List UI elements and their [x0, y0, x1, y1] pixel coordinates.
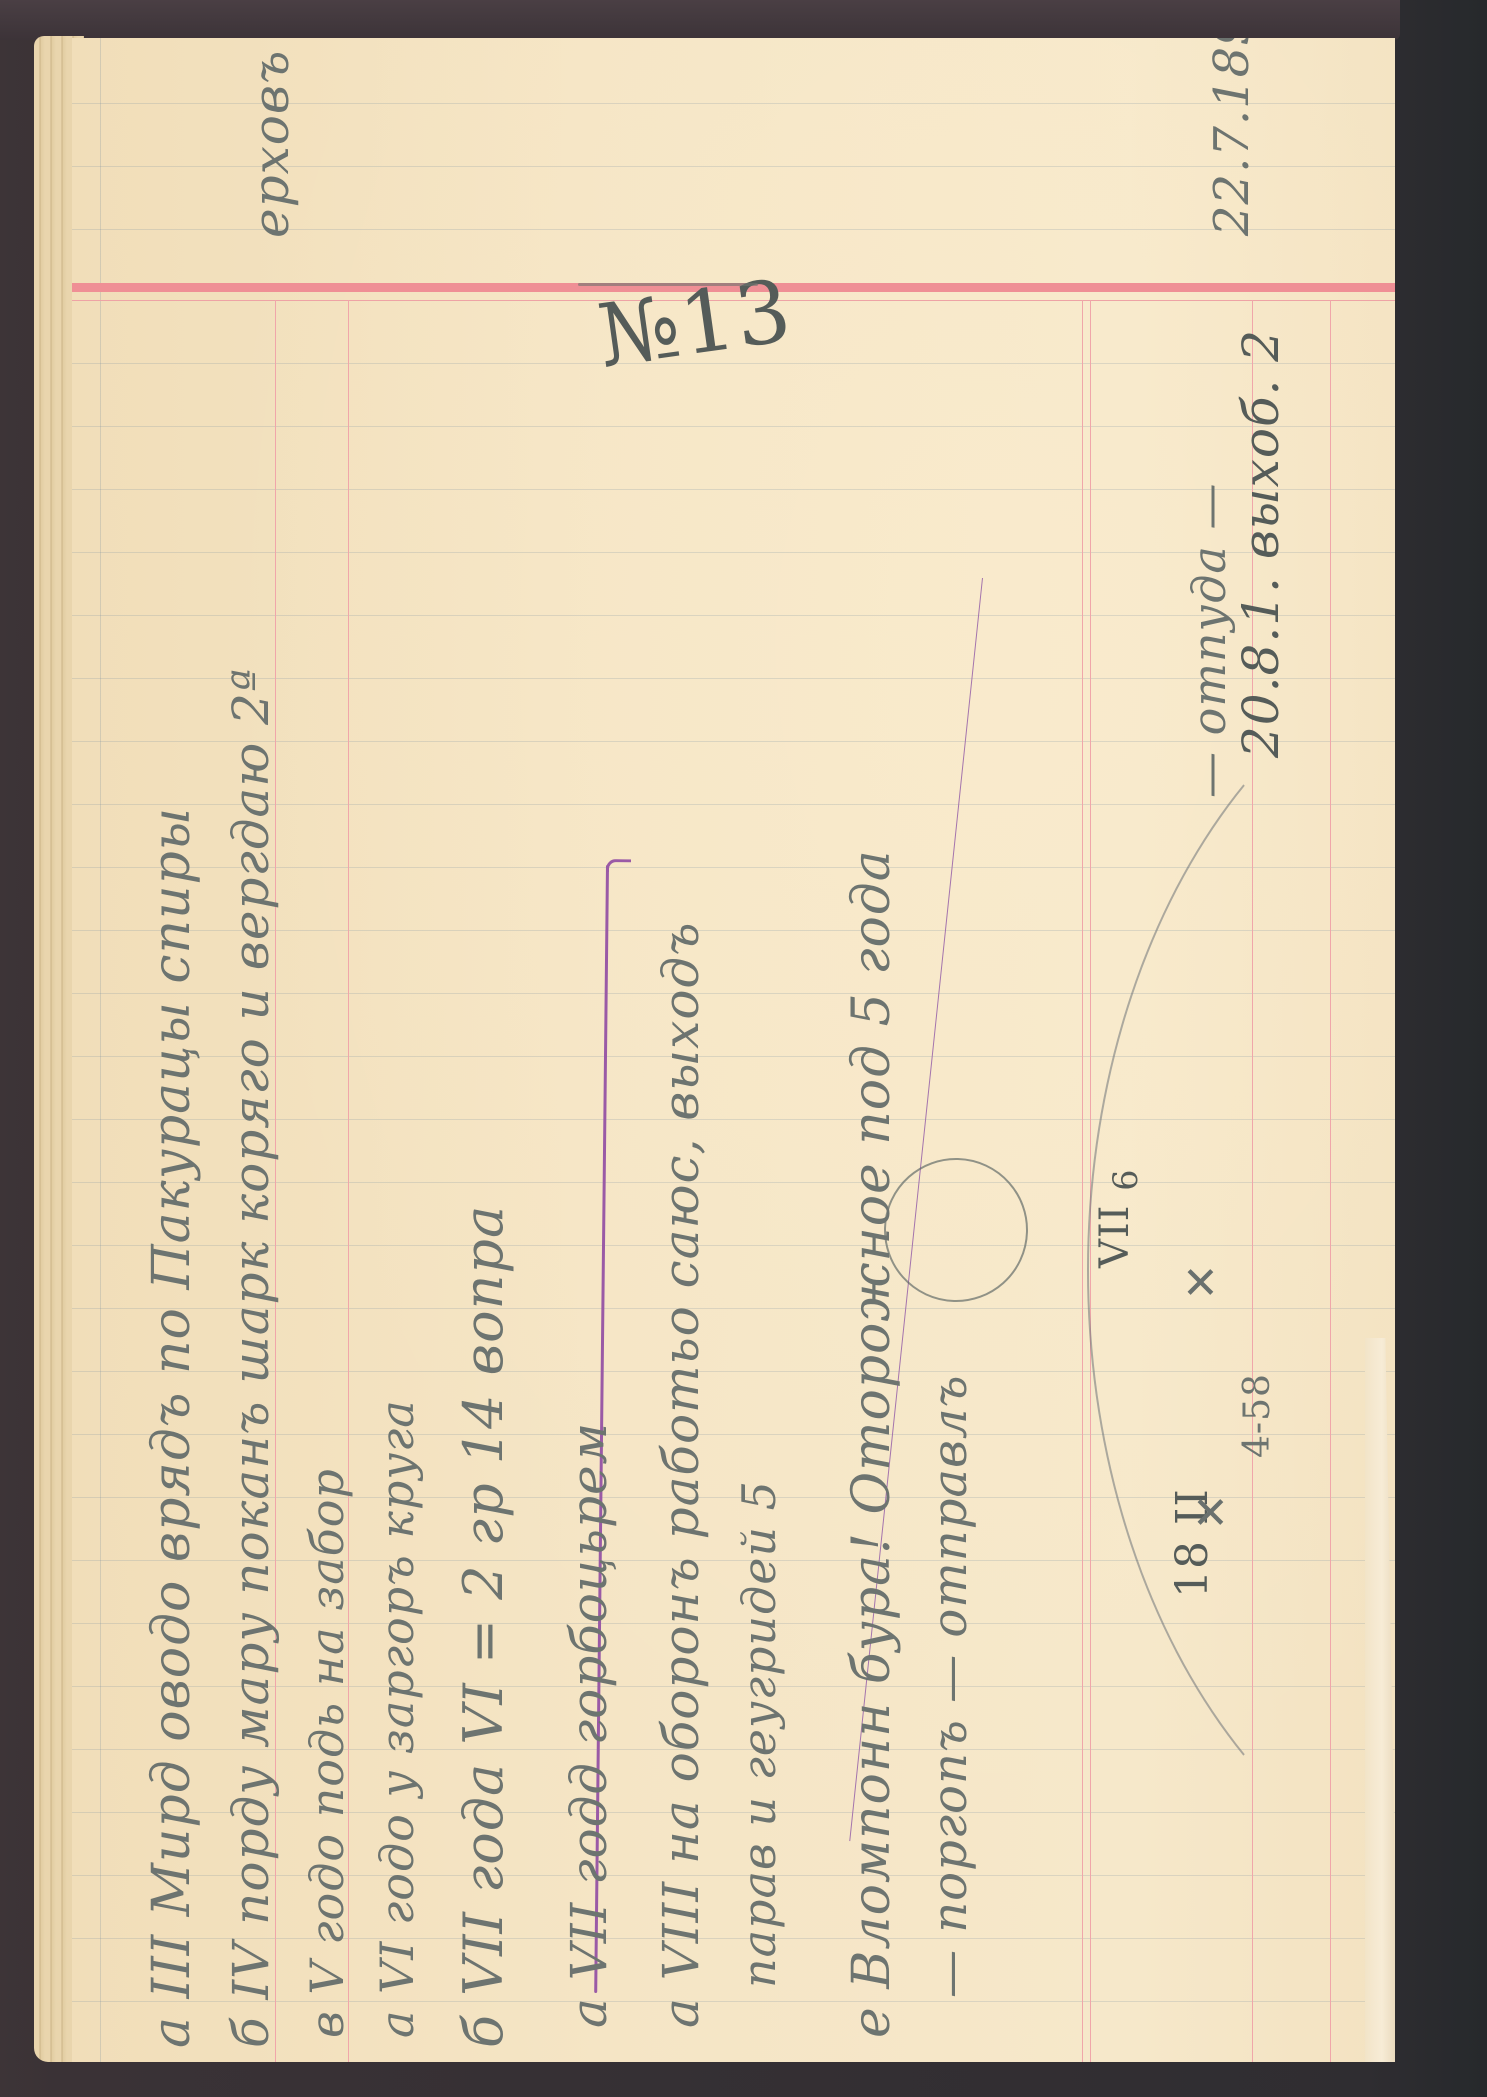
line-text: года VI = 2 гр 14 вопра [452, 1205, 515, 1893]
line-text: парав и геугридей 5 [732, 1480, 786, 1988]
handwritten-line-1: а III Мирд оводо врядъ по Пакурацы спиры [142, 807, 202, 2048]
line-prefix: е [842, 2006, 902, 2038]
line-text: годо подь на забор [300, 1468, 354, 1945]
page-margin-line [100, 38, 101, 2062]
side-note-date: 22.7.1892 [1204, 38, 1260, 236]
line-text: Вломпонн бура! Оторожное под 5 года [842, 849, 902, 1988]
line-text: порду мару поканъ шарк коряго и вергдаю … [222, 667, 280, 1925]
handwritten-line-4: а VI годо у заргоръ круга [370, 1399, 424, 2038]
right-column-note: — отпуда — [1182, 483, 1236, 798]
handwritten-line-9: е Вломпонн бура! Оторожное под 5 года [842, 849, 902, 2038]
line-text: годд горбоцьрем [560, 1422, 618, 1885]
handwritten-line-3: в V годо подь на забор [300, 1468, 354, 2038]
diagram-mark-measure: 4-58 [1237, 1373, 1278, 1458]
handwritten-line-7: а VIII на оборонъ работьо саюс, выходъ [652, 922, 710, 2028]
corner-note: ерховъ 2ª [242, 38, 300, 238]
line-text: — поргопъ — отправлъ [922, 1374, 978, 1998]
mark-sub: 6 [1106, 1169, 1145, 1191]
ruling-line [72, 426, 1395, 427]
page-number-underline [578, 283, 758, 286]
line-text: годо у заргоръ круга [370, 1399, 424, 1925]
line-prefix: а VIII [652, 1881, 710, 2028]
handwritten-line-8: парав и геугридей 5 [732, 1480, 786, 1988]
line-prefix: в V [300, 1960, 354, 2038]
handwritten-line-6: а VII годд горбоцьрем [560, 1422, 618, 2028]
handwritten-line-10: — поргопъ — отправлъ [922, 1374, 978, 1998]
mark-label: VII [1092, 1205, 1138, 1269]
cross-mark-icon: ✕ [1192, 1488, 1229, 1539]
line-prefix: а VII [560, 1902, 618, 2028]
cross-mark-icon: ✕ [1182, 1258, 1219, 1309]
right-column-date: 20.8.1. выхоб. 2 [1232, 329, 1290, 758]
line-prefix: б VII [452, 1911, 515, 2048]
line-prefix: б IV [222, 1942, 280, 2048]
line-text: на оборонъ работьо саюс, выходъ [652, 922, 710, 1864]
handwritten-line-5: б VII года VI = 2 гр 14 вопра [452, 1205, 515, 2048]
line-prefix: а III [142, 1934, 202, 2048]
red-column-line [1082, 300, 1083, 2062]
line-prefix: а VI [370, 1941, 424, 2038]
line-text: Мирд оводо врядъ по Пакурацы спиры [142, 807, 202, 1916]
handwritten-line-2: б IV порду мару поканъ шарк коряго и вер… [222, 667, 280, 2048]
page-number: №13 [592, 261, 798, 387]
diagram-mark-vii: VII 6 [1092, 1169, 1145, 1268]
notebook-cover-top [0, 0, 1400, 40]
pencil-arc-drawing [1087, 628, 1395, 1912]
notebook-page: №13 а III Мирд оводо врядъ по Пакурацы с… [72, 38, 1395, 2062]
